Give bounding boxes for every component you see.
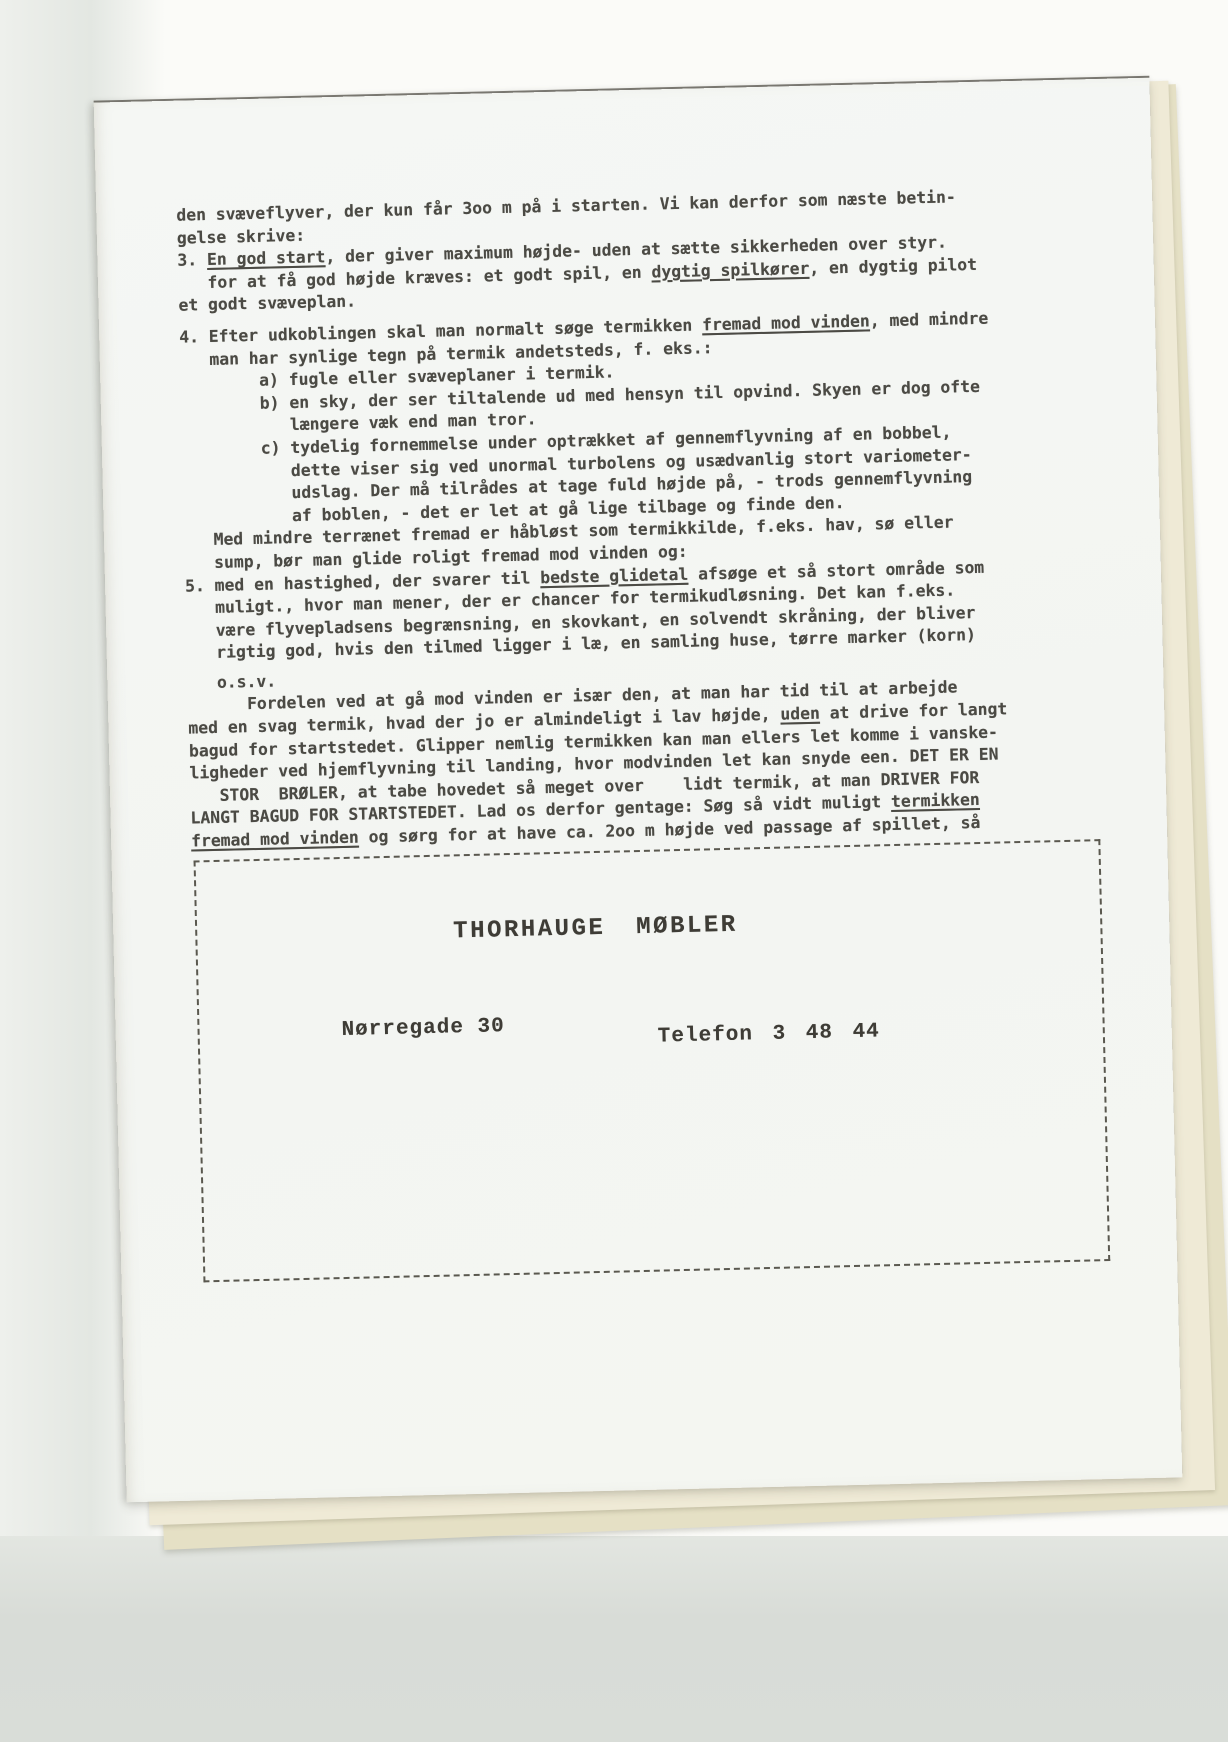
text-segment: , en dygtig pilot <box>809 255 977 278</box>
scan-canvas: { "document": { "kind": "scanned typewri… <box>0 0 1228 1742</box>
text-segment: længere væk end man tror. <box>290 410 537 435</box>
underlined-text-segment: fremad mod vinden <box>191 828 359 851</box>
advertisement-box: THORHAUGE MØBLER Nørregade 30 Telefon 3 … <box>194 839 1111 1282</box>
scanned-page: den svæveflyver, der kun får 3oo m på i … <box>94 78 1183 1502</box>
underlined-text-segment: uden <box>780 704 820 724</box>
text-segment: 3. <box>177 250 207 270</box>
text-segment: at drive for langt <box>820 699 1008 722</box>
ad-phone-number: Telefon 3 48 44 <box>658 1020 881 1048</box>
ad-street-address: Nørregade 30 <box>341 1015 505 1042</box>
underlined-text-segment: En god start <box>207 247 326 269</box>
underlined-text-segment: fremad mod vinden <box>702 311 870 334</box>
underlined-text-segment: dygtig spilkører <box>651 259 809 282</box>
text-segment: o.s.v. <box>217 671 277 691</box>
text-segment: et godt svæveplan. <box>178 292 356 315</box>
underlined-text-segment: termikken <box>891 790 980 811</box>
typewritten-text: den svæveflyver, der kun får 3oo m på i … <box>176 183 1121 853</box>
text-segment: gelse skrive: <box>177 225 306 247</box>
text-segment: , med mindre <box>870 309 989 331</box>
scanner-bed-bottom-strip <box>0 1536 1228 1742</box>
ad-company-name: THORHAUGE MØBLER <box>453 912 738 946</box>
underlined-text-segment: bedste glidetal <box>540 564 688 586</box>
